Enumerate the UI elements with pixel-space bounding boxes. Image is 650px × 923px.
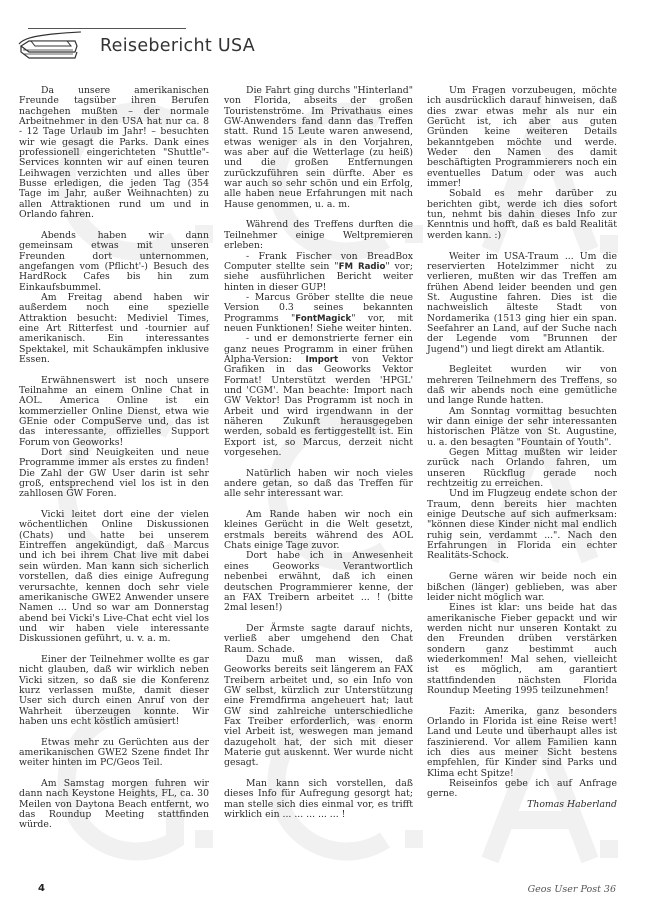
paragraph: Am Sonntag vormittag besuchten wir dann … <box>427 407 617 448</box>
paragraph: Reiseinfos gebe ich auf Anfrage gerne. <box>427 779 617 800</box>
paragraph: Etwas mehr zu Gerüchten aus der amerikan… <box>19 738 209 769</box>
paragraph: Am Freitag abend haben wir außerdem noch… <box>19 293 209 365</box>
page-number: 4 <box>38 883 45 894</box>
paragraph-fm-radio: - Frank Fischer von BreadBox Computer st… <box>224 252 413 293</box>
article-title: Reisebericht USA <box>100 36 255 56</box>
paragraph: Gegen Mittag mußten wir leider zurück na… <box>427 448 617 489</box>
paragraph-fontmagick: - Marcus Gröber stellte die neue Version… <box>224 293 413 334</box>
paragraph: Und im Flugzeug endete schon der Traum, … <box>427 489 617 561</box>
column-2: Die Fahrt ging durchs "Hinterland" von F… <box>224 86 413 820</box>
paragraph: Man kann sich vorstellen, daß dieses Inf… <box>224 779 413 820</box>
paragraph: Erwähnenswert ist noch unsere Teilnahme … <box>19 376 209 448</box>
paragraph: Gerne wären wir beide noch ein bißchen (… <box>427 572 617 603</box>
paragraph: Vicki leitet dort eine der vielen wöchen… <box>19 510 209 644</box>
paragraph: Begleitet wurden wir von mehreren Teilne… <box>427 365 617 406</box>
paragraph: Abends haben wir dann gemeinsam etwas mi… <box>19 231 209 293</box>
paragraph: Der Ärmste sagte darauf nichts, verließ … <box>224 624 413 655</box>
paragraph: Während des Treffens durften die Teilneh… <box>224 220 413 251</box>
paragraph: Dort habe ich in Anwesenheit eines Geowo… <box>224 551 413 613</box>
paragraph: Am Samstag morgen fuhren wir dann nach K… <box>19 779 209 831</box>
paragraph: Am Rande haben wir noch ein kleines Gerü… <box>224 510 413 551</box>
paragraph: Eines ist klar: uns beide hat das amerik… <box>427 603 617 696</box>
paragraph: Sobald es mehr darüber zu berichten gibt… <box>427 189 617 241</box>
paragraph: Fazit: Amerika, ganz besonders Orlando i… <box>427 707 617 779</box>
author-signature: Thomas Haberland <box>427 800 617 810</box>
paragraph: Da unsere amerikanischen Freunde tagsübe… <box>19 86 209 220</box>
paragraph: Die Fahrt ging durchs "Hinterland" von F… <box>224 86 413 210</box>
article-header: Reisebericht USA <box>14 20 334 70</box>
paragraph: Natürlich haben wir noch vieles andere g… <box>224 469 413 500</box>
paper-stack-icon <box>17 30 81 68</box>
paragraph-import: - und er demonstrierte ferner ein ganz n… <box>224 334 413 458</box>
header-rule <box>28 28 186 29</box>
paragraph: Dazu muß man wissen, daß Geoworks bereit… <box>224 655 413 769</box>
paragraph: Dort sind Neuigkeiten und neue Programme… <box>19 448 209 500</box>
column-1: Da unsere amerikanischen Freunde tagsübe… <box>19 86 209 831</box>
paragraph: Weiter im USA-Traum ... Um die reservier… <box>427 252 617 355</box>
paragraph: Um Fragen vorzubeugen, möchte ich ausdrü… <box>427 86 617 189</box>
publication-title: Geos User Post 36 <box>528 884 616 895</box>
column-3: Um Fragen vorzubeugen, möchte ich ausdrü… <box>427 86 617 810</box>
paragraph: Einer der Teilnehmer wollte es gar nicht… <box>19 655 209 727</box>
